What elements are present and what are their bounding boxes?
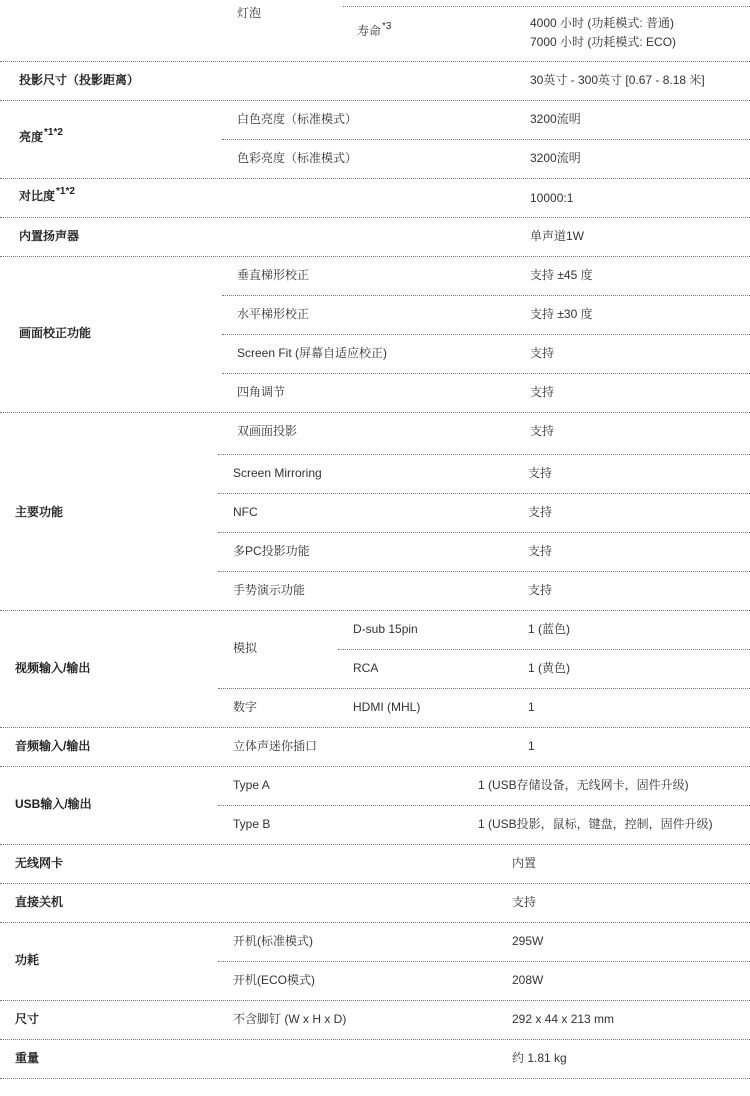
features-label: 主要功能 [15,504,63,520]
horizontal-keystone-label: 水平梯形校正 [237,306,309,322]
dual-screen-value: 支持 [530,423,554,439]
nfc-value: 支持 [528,504,552,520]
direct-off-value: 支持 [512,894,536,910]
dimensions-label: 尺寸 [15,1011,39,1027]
dual-screen-label: 双画面投影 [237,423,297,439]
brightness-label: 亮度*1*2 [19,129,63,147]
gesture-label: 手势演示功能 [233,582,305,598]
corner-adjust-value: 支持 [530,384,554,400]
divider [0,766,750,767]
multi-pc-value: 支持 [528,543,552,559]
wireless-value: 内置 [512,855,536,871]
divider [0,883,750,884]
lamp-life-normal: 4000 小时 (功耗模式: 普通) [530,15,674,31]
lamp-life-label: 寿命*3 [357,23,391,41]
corner-adjust-label: 四角调节 [237,384,285,400]
lamp-label: 灯泡 [237,5,261,21]
divider [222,139,750,140]
divider [0,610,750,611]
divider [222,334,750,335]
dsub-label: D-sub 15pin [353,621,418,637]
power-normal-value: 295W [512,933,543,949]
hdmi-label: HDMI (MHL) [353,699,420,715]
color-brightness-value: 3200流明 [530,150,581,166]
divider [222,295,750,296]
projection-size-label: 投影尺寸（投影距离） [19,72,139,88]
vertical-keystone-label: 垂直梯形校正 [237,267,309,283]
horizontal-keystone-value: 支持 ±30 度 [530,306,593,322]
nfc-label: NFC [233,504,258,520]
contrast-label: 对比度*1*2 [19,188,75,206]
weight-label: 重量 [15,1050,39,1066]
dimensions-sub-label: 不含脚钉 (W x H x D) [233,1011,346,1027]
digital-label: 数字 [233,699,257,715]
power-eco-label: 开机(ECO模式) [233,972,315,988]
power-label: 功耗 [15,952,39,968]
divider [218,961,750,962]
type-a-value: 1 (USB存储设备，无线网卡，固件升级) [478,777,689,793]
divider [0,1039,750,1040]
video-io-label: 视频输入/输出 [15,660,90,676]
stereo-mini-value: 1 [528,738,535,754]
color-brightness-label: 色彩亮度（标准模式） [237,150,357,166]
hdmi-value: 1 [528,699,535,715]
lamp-life-eco: 7000 小时 (功耗模式: ECO) [530,34,676,50]
divider [218,493,750,494]
divider [218,571,750,572]
correction-label: 画面校正功能 [19,325,91,341]
white-brightness-value: 3200流明 [530,111,581,127]
rca-label: RCA [353,660,378,676]
divider [0,1000,750,1001]
divider [218,805,750,806]
rca-value: 1 (黄色) [528,660,570,676]
speaker-label: 内置扬声器 [19,228,79,244]
screen-fit-label: Screen Fit (屏幕自适应校正) [237,345,387,361]
divider [0,727,750,728]
vertical-keystone-value: 支持 ±45 度 [530,267,593,283]
divider [338,649,750,650]
weight-value: 约 1.81 kg [512,1050,567,1066]
screen-fit-value: 支持 [530,345,554,361]
usb-io-label: USB输入/输出 [15,796,92,812]
divider [0,922,750,923]
direct-off-label: 直接关机 [15,894,63,910]
divider [0,100,750,101]
divider [222,373,750,374]
divider [0,178,750,179]
dimensions-value: 292 x 44 x 213 mm [512,1011,614,1027]
multi-pc-label: 多PC投影功能 [233,543,310,559]
divider [218,454,750,455]
type-a-label: Type A [233,777,270,793]
type-b-label: Type B [233,816,270,832]
divider [218,688,750,689]
white-brightness-label: 白色亮度（标准模式） [237,111,357,127]
gesture-value: 支持 [528,582,552,598]
dsub-value: 1 (蓝色) [528,621,570,637]
wireless-label: 无线网卡 [15,855,63,871]
power-eco-value: 208W [512,972,543,988]
divider [0,1078,750,1079]
divider [0,844,750,845]
divider [0,256,750,257]
divider [218,532,750,533]
divider [0,412,750,413]
divider [0,217,750,218]
speaker-value: 单声道1W [530,228,584,244]
stereo-mini-label: 立体声迷你插口 [233,738,317,754]
audio-io-label: 音频输入/输出 [15,738,90,754]
projection-size-value: 30英寸 - 300英寸 [0.67 - 8.18 米] [530,72,705,88]
contrast-value: 10000:1 [530,190,573,206]
analog-label: 模拟 [233,640,257,656]
divider [343,6,750,7]
type-b-value: 1 (USB投影，鼠标，键盘，控制，固件升级) [478,816,713,832]
screen-mirroring-value: 支持 [528,465,552,481]
screen-mirroring-label: Screen Mirroring [233,465,322,481]
power-normal-label: 开机(标准模式) [233,933,313,949]
divider [0,61,750,62]
